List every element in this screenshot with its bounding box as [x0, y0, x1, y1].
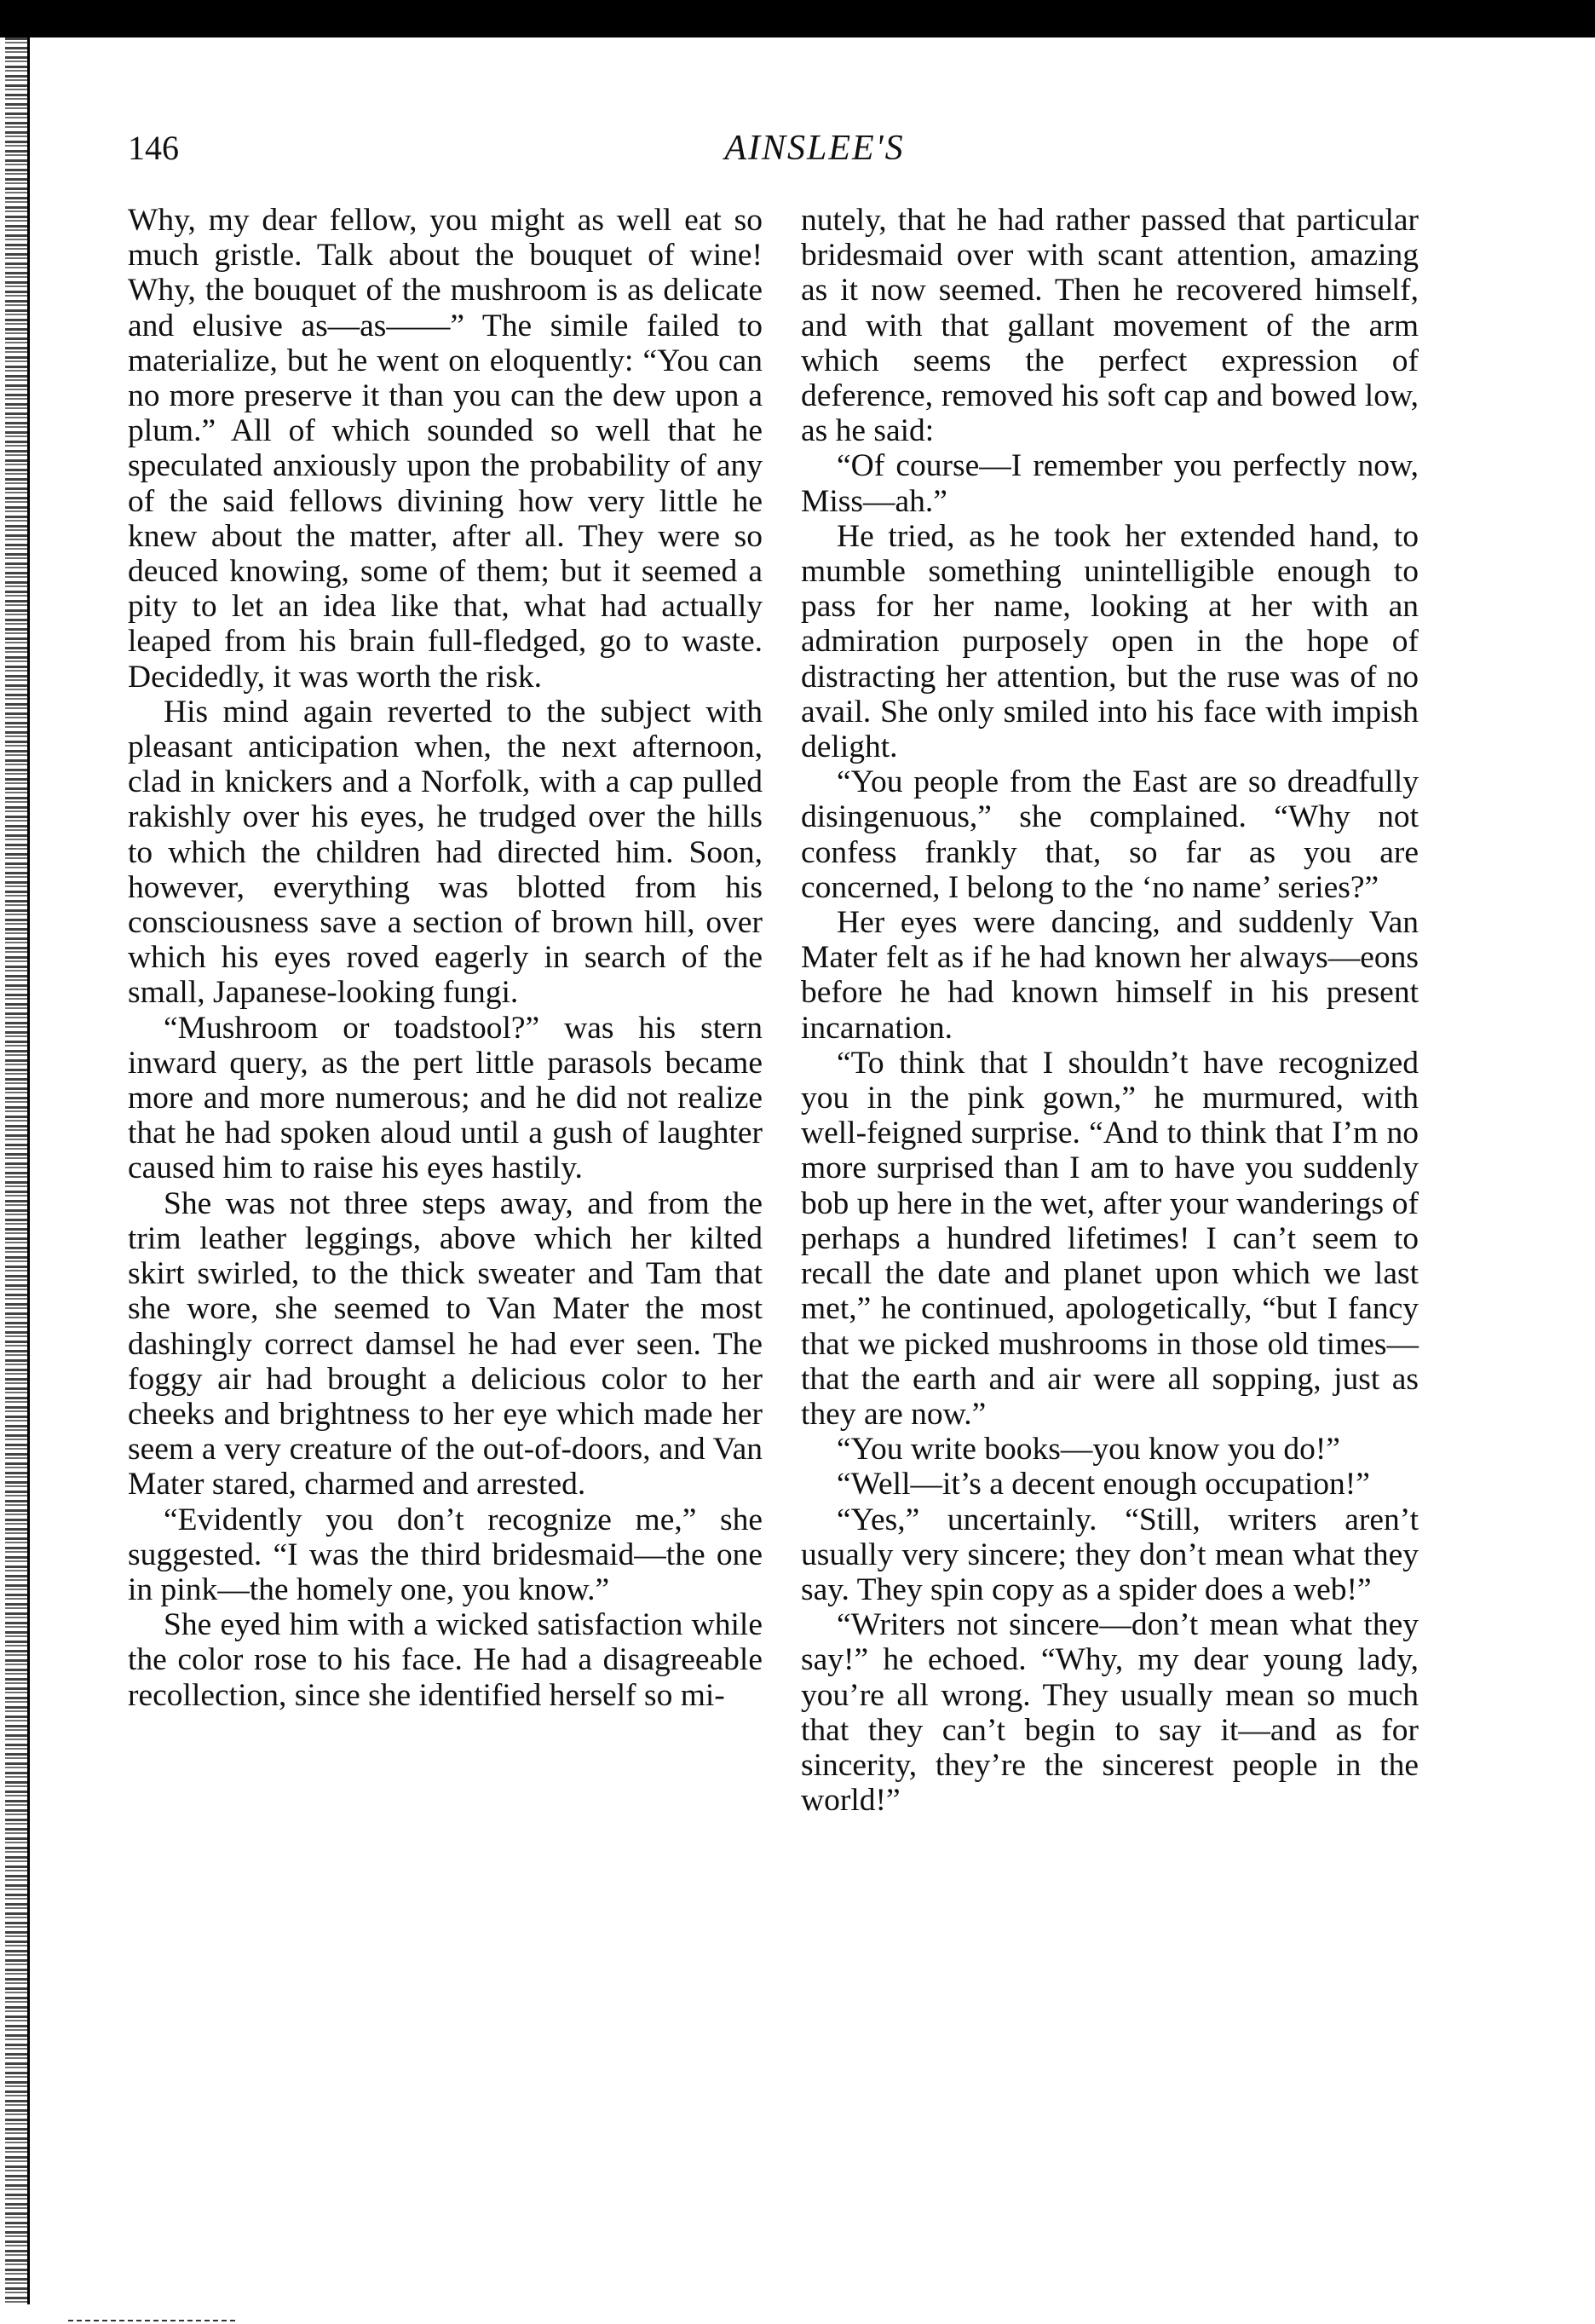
paragraph: “Evidently you don’t recognize me,” she …: [128, 1502, 763, 1608]
paragraph: His mind again reverted to the subject w…: [128, 695, 763, 1011]
paragraph: She eyed him with a wicked satisfaction …: [128, 1607, 763, 1713]
paragraph: “To think that I shouldn’t have recogniz…: [801, 1046, 1419, 1432]
paragraph: “You people from the East are so dreadfu…: [801, 764, 1419, 905]
running-title: AINSLEE'S: [0, 128, 1595, 169]
paragraph: “You write books—you know you do!”: [801, 1432, 1419, 1467]
paragraph: She was not three steps away, and from t…: [128, 1186, 763, 1502]
paragraph: “Writers not sincere—don’t mean what the…: [801, 1607, 1419, 1818]
paragraph: Her eyes were dancing, and suddenly Van …: [801, 905, 1419, 1046]
scan-top-border: [0, 0, 1595, 37]
scan-bottom-edge: [68, 2320, 239, 2321]
paragraph: “Yes,” uncertainly. “Still, writers aren…: [801, 1502, 1419, 1608]
paragraph: “Well—it’s a decent enough occupation!”: [801, 1467, 1419, 1502]
right-column: nutely, that he had rather passed that p…: [801, 203, 1419, 1818]
paragraph: “Of course—I remember you perfectly now,…: [801, 448, 1419, 518]
paragraph: Why, my dear fellow, you might as well e…: [128, 203, 763, 695]
book-binding-edge: [5, 37, 27, 2304]
paragraph: “Mushroom or toadstool?” was his stern i…: [128, 1011, 763, 1186]
left-column: Why, my dear fellow, you might as well e…: [128, 203, 763, 1713]
paragraph: He tried, as he took her extended hand, …: [801, 519, 1419, 764]
page-edge-line: [27, 37, 30, 2304]
paragraph: nutely, that he had rather passed that p…: [801, 203, 1419, 448]
